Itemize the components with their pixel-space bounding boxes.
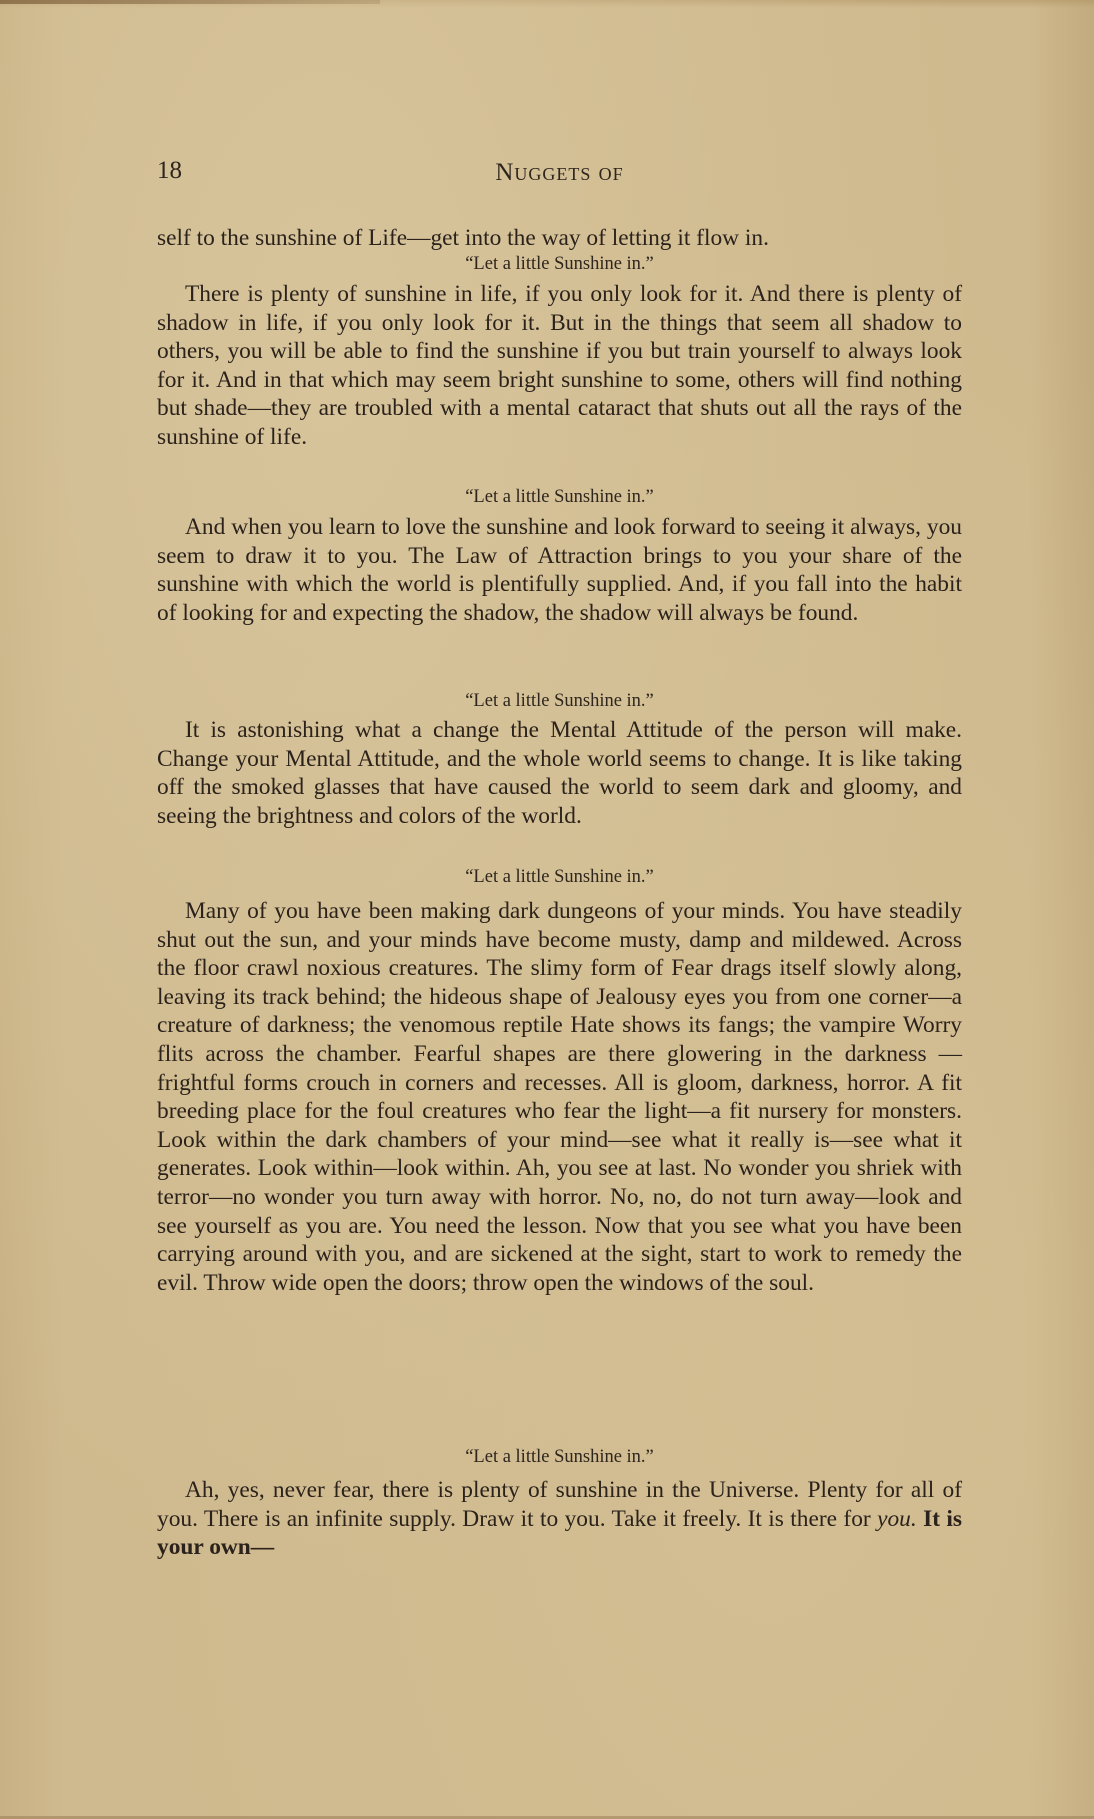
paragraph-law-of-attraction: And when you learn to love the sunshine …	[157, 513, 962, 627]
paragraph-continuation: self to the sunshine of Life—get into th…	[157, 224, 962, 253]
paragraph-mental-attitude: It is astonishing what a change the Ment…	[157, 716, 962, 830]
paragraph-text: self to the sunshine of Life—get into th…	[157, 224, 962, 253]
refrain-line: “Let a little Sunshine in.”	[157, 486, 962, 508]
running-head-title: Nuggets of	[157, 159, 962, 187]
paragraph-text: There is plenty of sunshine in life, if …	[157, 280, 962, 452]
paragraph-infinite-supply: Ah, yes, never fear, there is plenty of …	[157, 1476, 962, 1562]
refrain-line: “Let a little Sunshine in.”	[157, 866, 962, 888]
paragraph-text: Ah, yes, never fear, there is plenty of …	[157, 1476, 962, 1562]
running-head: 18 Nuggets of	[157, 157, 962, 189]
refrain-line: “Let a little Sunshine in.”	[157, 1446, 962, 1468]
paragraph-text: It is astonishing what a change the Ment…	[157, 716, 962, 830]
paragraph-text-start: Ah, yes, never fear, there is plenty of …	[157, 1477, 962, 1532]
paragraph-text: Many of you have been making dark dungeo…	[157, 897, 962, 1297]
emphasized-word: you.	[877, 1506, 917, 1532]
page-top-edge-shadow	[0, 0, 380, 4]
refrain-line: “Let a little Sunshine in.”	[157, 253, 962, 275]
refrain-line: “Let a little Sunshine in.”	[157, 690, 962, 712]
paragraph-dark-dungeons: Many of you have been making dark dungeo…	[157, 897, 962, 1297]
paragraph-sunshine-plenty: There is plenty of sunshine in life, if …	[157, 280, 962, 452]
paragraph-text: And when you learn to love the sunshine …	[157, 513, 962, 627]
